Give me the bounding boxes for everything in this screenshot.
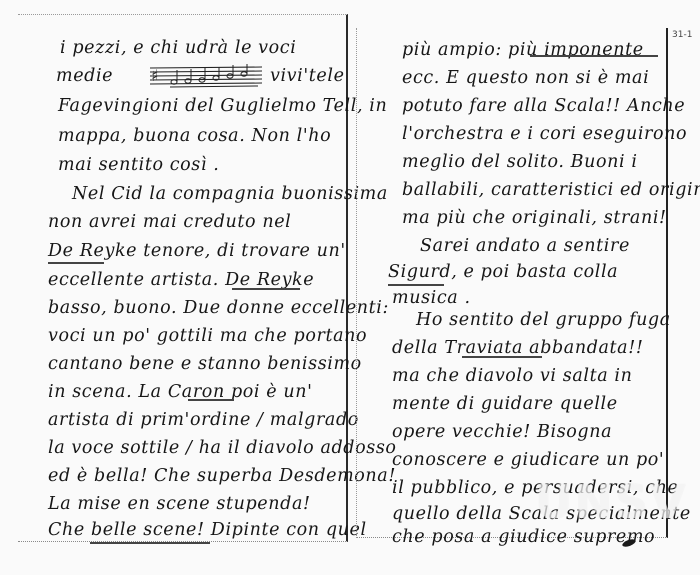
right-line-3: potuto fare alla Scala!! Anche <box>402 96 685 116</box>
svg-text:♯: ♯ <box>151 66 159 85</box>
left-line-11: voci un po' gottili ma che portano <box>48 326 367 346</box>
left-line-16: ed è bella! Che superba Desdemona! <box>48 466 396 486</box>
right-line-4: l'orchestra e i cori eseguirono <box>402 124 687 144</box>
right-line-9: Sigurd, e poi basta colla <box>388 262 618 282</box>
left-line-8: De Reyke tenore, di trovare un' <box>48 241 346 261</box>
underline-traviata <box>462 356 542 358</box>
right-line-12: della Traviata abbandata!! <box>392 338 643 358</box>
underline-caron <box>188 399 234 401</box>
left-line-17: La mise en scene stupenda! <box>48 494 311 514</box>
left-line-2: medie <box>56 66 113 86</box>
right-line-8: Sarei andato a sentire <box>420 236 630 256</box>
right-line-17: il pubblico, e persuadersi, che <box>392 478 678 498</box>
right-line-1: più ampio: più imponente <box>402 40 644 60</box>
left-line-12: cantano bene e stanno benissimo <box>48 354 362 374</box>
right-line-6: ballabili, caratteristici ed originali, <box>402 180 700 200</box>
page-number-mark: 31-1 <box>672 30 692 40</box>
right-line-15: opere vecchie! Bisogna <box>392 422 612 442</box>
underline-mise-en-scene <box>90 542 210 544</box>
right-line-10: musica . <box>392 288 471 308</box>
right-line-14: mente di guidare quelle <box>392 394 618 414</box>
left-line-5: mai sentito così . <box>58 155 219 175</box>
right-line-16: conoscere e giudicare un po' <box>392 450 664 470</box>
left-line-4: mappa, buona cosa. Non l'ho <box>58 126 331 146</box>
right-line-7: ma più che originali, strani! <box>402 208 667 228</box>
underline-de-reyke-1 <box>48 262 104 264</box>
left-line-14: artista di prim'ordine / malgrado <box>48 410 359 430</box>
left-line-9: eccellente artista. De Reyke <box>48 270 314 290</box>
right-line-19: che posa a giudice supremo <box>392 527 655 547</box>
left-line-15: la voce sottile / ha il diavolo addosso <box>48 438 397 458</box>
left-line-18: Che belle scene! Dipinte con quel <box>48 520 367 540</box>
left-line-6: Nel Cid la compagnia buonissima <box>72 184 388 204</box>
left-line-10: basso, buono. Due donne eccellenti: <box>48 298 389 318</box>
right-line-11: Ho sentito del gruppo fuga <box>416 310 671 330</box>
left-line-1: i pezzi, e chi udrà le voci <box>60 38 296 58</box>
strikethrough-line <box>530 55 658 57</box>
music-staff-icon: ♯ <box>148 64 264 88</box>
underline-de-reyke-2 <box>232 288 300 290</box>
left-line-2b: vivi'tele <box>270 66 345 86</box>
left-line-3: Fagevingioni del Guglielmo Tell, in <box>58 96 387 116</box>
right-line-18: quello della Scala specialmente <box>392 504 691 524</box>
right-line-13: ma che diavolo vi salta in <box>392 366 633 386</box>
manuscript-scan: i pezzi, e chi udrà le voci medie ♯ vivi… <box>0 0 700 575</box>
right-line-2: ecc. E questo non si è mai <box>402 68 649 88</box>
underline-sigurd <box>388 284 444 286</box>
right-line-5: meglio del solito. Buoni i <box>402 152 638 172</box>
left-line-7: non avrei mai creduto nel <box>48 212 291 232</box>
left-line-13: in scena. La Caron poi è un' <box>48 382 313 402</box>
